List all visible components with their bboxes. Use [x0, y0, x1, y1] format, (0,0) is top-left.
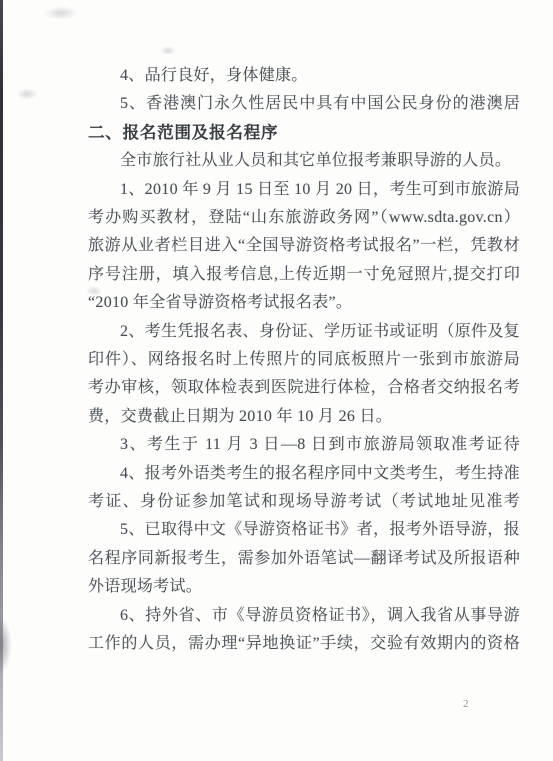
scan-smudge: [160, 46, 176, 55]
text-line: 旅游从业者栏目进入“全国导游资格考试报名”一栏，凭教材: [88, 232, 520, 260]
text-line: 工作的人员，需办理“异地换证”手续，交验有效期内的资格: [88, 630, 520, 658]
text-line: “2010 年全省导游资格考试报名表”。: [88, 289, 520, 317]
text-line: 4、品行良好，身体健康。: [88, 62, 520, 90]
text-line: 考证、身份证参加笔试和现场导游考试（考试地址见准考证）。: [88, 488, 520, 516]
scan-smudge: [44, 6, 78, 20]
text-line: 考办购买教材，登陆“山东旅游政务网”（www.sdta.gov.cn）: [88, 204, 520, 232]
page-number: 2: [463, 698, 469, 710]
text-line: 序号注册，填入报考信息,上传近期一寸免冠照片,提交打印: [88, 261, 520, 289]
text-line: 4、报考外语类考生的报名程序同中文类考生，考生持准: [88, 460, 520, 488]
document-page: 4、品行良好，身体健康。 5、香港澳门永久性居民中具有中国公民身份的港澳居民。 …: [88, 62, 520, 658]
text-line: 1、2010 年 9 月 15 日至 10 月 20 日，考生可到市旅游局导: [88, 176, 520, 204]
text-line: 6、持外省、市《导游员资格证书》，调入我省从事导游: [88, 602, 520, 630]
text-line: 外语现场考试。: [88, 573, 520, 601]
scan-smudge: [0, 615, 12, 675]
text-line: 名程序同新报考生，需参加外语笔试—翻译考试及所报语种的: [88, 545, 520, 573]
text-line: 2、考生凭报名表、身份证、学历证书或证明（原件及复: [88, 318, 520, 346]
section-heading: 二、报名范围及报名程序: [88, 119, 520, 147]
text-line: 5、已取得中文《导游资格证书》者，报考外语导游，报: [88, 516, 520, 544]
text-line: 考办审核，领取体检表到医院进行体检，合格者交纳报名考务: [88, 374, 520, 402]
text-line: 费，交费截止日期为 2010 年 10 月 26 日。: [88, 403, 520, 431]
text-line: 全市旅行社从业人员和其它单位报考兼职导游的人员。: [88, 147, 520, 175]
scan-smudge: [16, 88, 38, 100]
text-line: 3、考生于 11 月 3 日—8 日到市旅游局领取准考证待考。: [88, 431, 520, 459]
text-line: 印件）、网络报名时上传照片的同底板照片一张到市旅游局导: [88, 346, 520, 374]
text-line: 5、香港澳门永久性居民中具有中国公民身份的港澳居民。: [88, 90, 520, 118]
